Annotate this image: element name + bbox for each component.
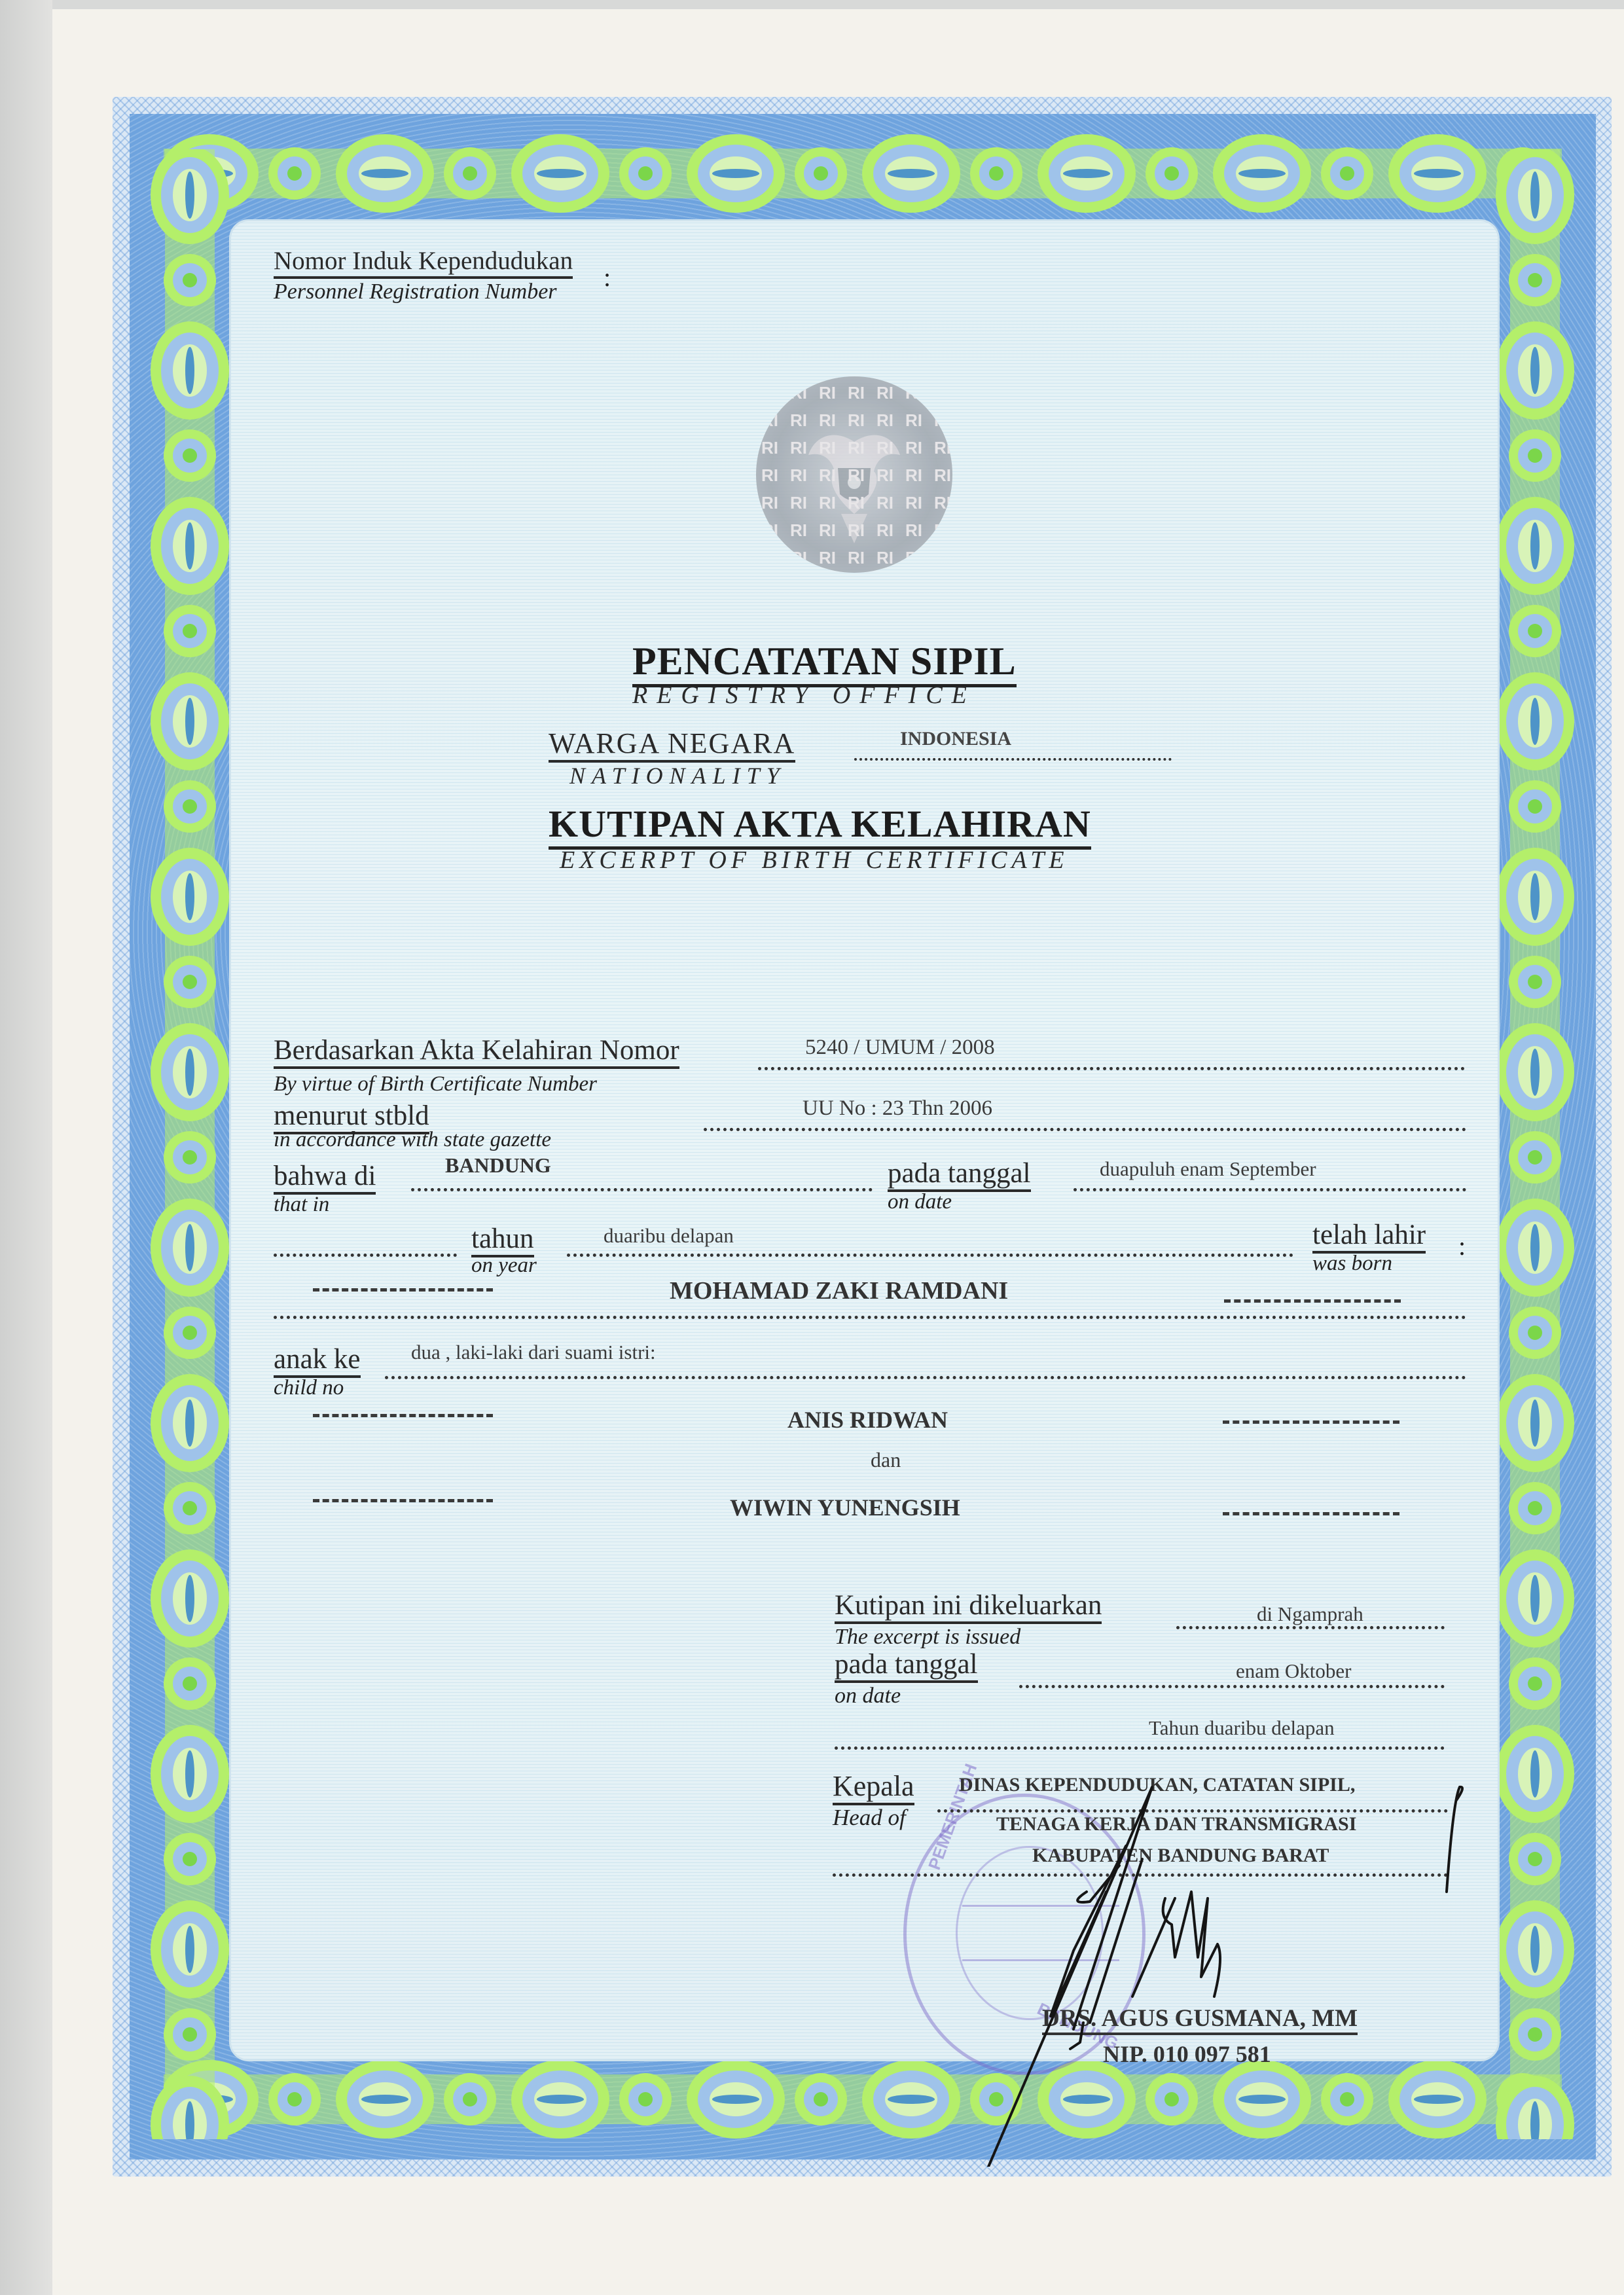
- emblem-ri-mark: RI: [819, 548, 836, 568]
- issued-label-en: The excerpt is issued: [835, 1625, 1020, 1650]
- garuda-hologram-emblem: RIRIRIRIRIRIRIRIRIRIRIRIRIRIRIRIRIRIRIRI…: [756, 376, 952, 573]
- emblem-ri-mark: RI: [790, 410, 807, 431]
- child-no-label: anak ke: [274, 1343, 361, 1378]
- father-right-dash: [1223, 1420, 1399, 1424]
- emblem-ri-mark: RI: [848, 410, 865, 431]
- emblem-ri-mark: RI: [934, 520, 951, 541]
- birth-date-label: pada tanggal: [888, 1157, 1031, 1192]
- stbld-label-en: in accordance with state gazette: [274, 1128, 551, 1152]
- birth-year-value: duaribu delapan: [604, 1224, 734, 1248]
- emblem-ri-mark: RI: [934, 548, 951, 568]
- emblem-ri-mark: RI: [761, 410, 778, 431]
- emblem-ri-mark: RI: [934, 383, 951, 403]
- mother-right-dash: [1223, 1512, 1399, 1515]
- emblem-ri-mark: RI: [790, 493, 807, 513]
- head-of-label: Kepala: [833, 1769, 914, 1805]
- nik-label-en: Personnel Registration Number: [274, 280, 557, 304]
- emblem-ri-mark: RI: [905, 383, 922, 403]
- nik-label-text: Nomor Induk Kependudukan: [274, 248, 573, 279]
- issued-year-dotted-line: [835, 1746, 1445, 1750]
- birth-date-label-en: on date: [888, 1190, 952, 1214]
- birth-date-value: duapuluh enam September: [1100, 1157, 1316, 1181]
- cert-number-value: 5240 / UMUM / 2008: [805, 1036, 995, 1060]
- emblem-ri-mark: RI: [876, 383, 893, 403]
- emblem-ri-mark: RI: [819, 410, 836, 431]
- emblem-ri-mark: RI: [761, 465, 778, 486]
- emblem-ri-mark: RI: [848, 520, 865, 541]
- emblem-ri-mark: RI: [819, 465, 836, 486]
- emblem-ri-mark: RI: [819, 520, 836, 541]
- emblem-ri-mark: RI: [761, 548, 778, 568]
- issued-date-label-text: pada tanggal: [835, 1650, 978, 1683]
- emblem-ri-mark: RI: [819, 493, 836, 513]
- emblem-ri-mark: RI: [848, 548, 865, 568]
- cert-number-dotted-line: [758, 1067, 1465, 1070]
- birth-place-value: BANDUNG: [445, 1153, 551, 1178]
- ornament-chain-left: [147, 149, 232, 2139]
- was-born-colon: :: [1458, 1231, 1466, 1261]
- conjunction-dan: dan: [871, 1448, 901, 1472]
- birth-place-label-en: that in: [274, 1193, 329, 1217]
- child-no-dotted-line: [385, 1376, 1466, 1379]
- document-title: KUTIPAN AKTA KELAHIRAN: [549, 802, 1091, 846]
- nik-label: Nomor Induk Kependudukan: [274, 244, 573, 279]
- emblem-ri-mark: RI: [876, 465, 893, 486]
- stbld-dotted-line: [704, 1128, 1466, 1131]
- stbld-value: UU No : 23 Thn 2006: [803, 1096, 992, 1121]
- signature: [949, 1761, 1486, 2167]
- emblem-ri-mark: RI: [876, 410, 893, 431]
- nationality-dotted-line: [854, 758, 1172, 761]
- emblem-ri-mark: RI: [905, 465, 922, 486]
- emblem-ri-mark: RI: [934, 465, 951, 486]
- emblem-ri-mark: RI: [819, 383, 836, 403]
- birth-place-label: bahwa di: [274, 1160, 376, 1195]
- ornament-chain-top: [164, 131, 1562, 216]
- birth-year-label: tahun: [471, 1223, 534, 1257]
- nationality-label-text: WARGA NEGARA: [549, 729, 795, 763]
- child-name: MOHAMAD ZAKI RAMDANI: [670, 1276, 1008, 1305]
- emblem-ri-mark: RI: [876, 438, 893, 458]
- head-of-label-en: Head of: [833, 1805, 906, 1831]
- emblem-ri-mark: RI: [876, 520, 893, 541]
- emblem-ri-mark: RI: [848, 438, 865, 458]
- emblem-ri-mark: RI: [761, 520, 778, 541]
- emblem-ri-mark: RI: [905, 438, 922, 458]
- emblem-ri-mark: RI: [790, 465, 807, 486]
- child-no-label-en: child no: [274, 1376, 344, 1400]
- emblem-ri-mark: RI: [934, 438, 951, 458]
- nationality-label: WARGA NEGARA: [549, 727, 795, 763]
- birth-year-label-text: tahun: [471, 1224, 534, 1257]
- office-title-en: REGISTRY OFFICE: [632, 681, 976, 710]
- issued-place-value: di Ngamprah: [1257, 1602, 1363, 1626]
- issued-label-text: Kutipan ini dikeluarkan: [835, 1591, 1102, 1624]
- year-left-dotted-line: [274, 1254, 457, 1257]
- emblem-ri-mark: RI: [934, 410, 951, 431]
- emblem-ri-mark: RI: [905, 548, 922, 568]
- emblem-ri-mark: RI: [848, 465, 865, 486]
- office-title: PENCATATAN SIPIL: [632, 639, 1017, 684]
- nationality-label-en: NATIONALITY: [569, 762, 786, 789]
- document-title-en: EXCERPT OF BIRTH CERTIFICATE: [560, 846, 1069, 875]
- issued-date-dotted-line: [1019, 1685, 1445, 1688]
- birth-date-dotted-line: [1074, 1188, 1466, 1191]
- scan-shadow: [0, 0, 52, 2295]
- issued-date-label-en: on date: [835, 1684, 901, 1708]
- was-born-label: telah lahir: [1312, 1219, 1426, 1254]
- child-name-left-dash: [313, 1288, 493, 1292]
- emblem-ri-mark: RI: [905, 410, 922, 431]
- was-born-label-en: was born: [1312, 1252, 1392, 1276]
- emblem-ri-mark: RI: [876, 548, 893, 568]
- head-of-label-text: Kepala: [833, 1771, 914, 1805]
- was-born-label-text: telah lahir: [1312, 1220, 1426, 1254]
- emblem-ri-mark: RI: [934, 493, 951, 513]
- emblem-ri-mark: RI: [848, 383, 865, 403]
- cert-number-label-en: By virtue of Birth Certificate Number: [274, 1072, 597, 1096]
- emblem-ri-mark: RI: [790, 548, 807, 568]
- cert-number-label: Berdasarkan Akta Kelahiran Nomor: [274, 1034, 679, 1069]
- emblem-ri-mark: RI: [761, 438, 778, 458]
- issued-label: Kutipan ini dikeluarkan: [835, 1589, 1102, 1624]
- father-name: ANIS RIDWAN: [787, 1406, 948, 1434]
- document-title-text: KUTIPAN AKTA KELAHIRAN: [549, 803, 1091, 850]
- birth-year-dotted-line: [567, 1254, 1293, 1257]
- emblem-ri-mark: RI: [819, 438, 836, 458]
- birth-date-label-text: pada tanggal: [888, 1159, 1031, 1192]
- cert-number-label-text: Berdasarkan Akta Kelahiran Nomor: [274, 1036, 679, 1069]
- ornament-chain-right: [1492, 149, 1578, 2139]
- child-name-right-dash: [1224, 1299, 1401, 1303]
- mother-name: WIWIN YUNENGSIH: [730, 1494, 960, 1521]
- emblem-ri-mark: RI: [790, 438, 807, 458]
- emblem-ri-mark: RI: [905, 520, 922, 541]
- issued-date-label: pada tanggal: [835, 1648, 978, 1683]
- emblem-ri-mark: RI: [876, 493, 893, 513]
- issued-date-value: enam Oktober: [1236, 1659, 1351, 1683]
- issued-year-value: Tahun duaribu delapan: [1149, 1716, 1335, 1740]
- birth-place-label-text: bahwa di: [274, 1161, 376, 1195]
- emblem-ri-mark: RI: [761, 383, 778, 403]
- child-name-dotted-line: [274, 1316, 1466, 1319]
- child-no-label-text: anak ke: [274, 1345, 361, 1378]
- emblem-ri-mark: RI: [790, 383, 807, 403]
- birth-year-label-en: on year: [471, 1254, 537, 1278]
- emblem-ri-mark: RI: [905, 493, 922, 513]
- child-no-value: dua , laki-laki dari suami istri:: [411, 1341, 656, 1364]
- issued-place-dotted-line: [1176, 1626, 1445, 1629]
- birth-place-dotted-line: [411, 1188, 873, 1191]
- father-left-dash: [313, 1414, 493, 1417]
- emblem-ri-mark: RI: [790, 520, 807, 541]
- mother-left-dash: [313, 1499, 493, 1502]
- nationality-value: INDONESIA: [900, 728, 1011, 750]
- emblem-ri-mark: RI: [848, 493, 865, 513]
- emblem-ri-mark: RI: [761, 493, 778, 513]
- nik-colon: :: [604, 262, 611, 293]
